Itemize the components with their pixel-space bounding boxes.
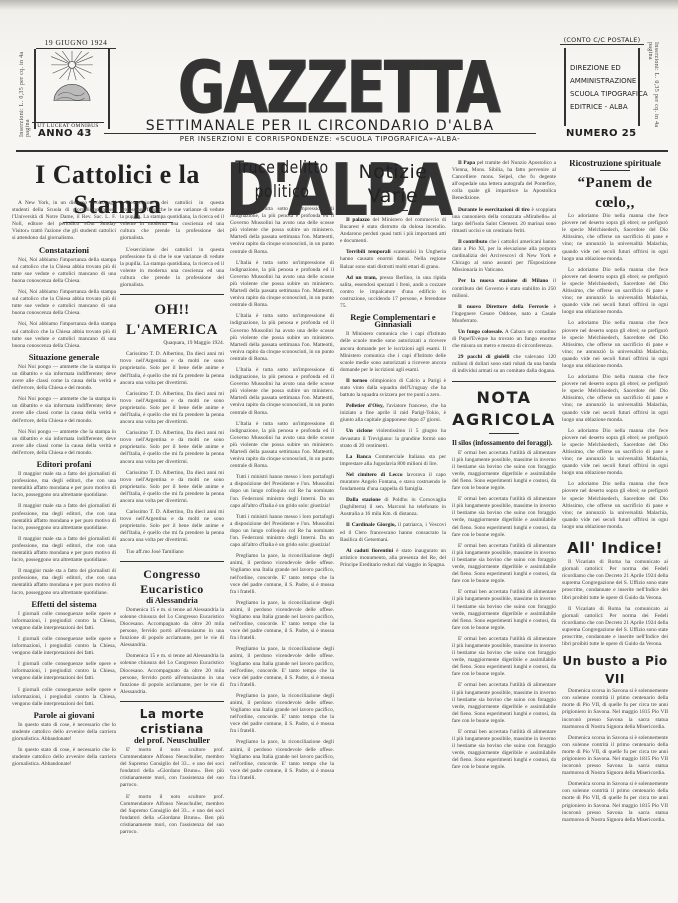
masthead: Inserzioni: L. 0,35 per cq. in 4a pagina… <box>0 0 678 140</box>
section-text: In questo stato di cose, è necessario ch… <box>12 747 116 768</box>
news-item: Un ciclone violentissimo il 5 giugno ha … <box>340 428 446 449</box>
news-item: Durante le esercitazioni di tiro è scopp… <box>452 207 556 235</box>
headline-busto: Un busto a Pio VII <box>562 652 668 688</box>
section-text: I giornali colle conseguenze nelle opere… <box>12 636 116 657</box>
article-text: Il Vicariato di Roma ha comunicato ai gi… <box>562 606 668 649</box>
issue-date: 19 GIUGNO 1924 <box>36 38 116 49</box>
postal-account-note: (CONTO C/C POSTALE) <box>560 36 644 45</box>
article-text: Pregliamo la pace, la riconciliazione de… <box>230 600 334 643</box>
article-text: Tutti i ministri hanno messo i loro port… <box>230 514 334 549</box>
article-text: L'Italia è tutta sotto un'impressione di… <box>230 421 334 471</box>
news-item: Il nuovo Direttore della Ferrovie è l'in… <box>452 304 556 325</box>
news-item: Un fungo colossale. A Cabara un contadin… <box>452 329 556 350</box>
news-item: La Banca Commerciale Italiana sta per im… <box>340 454 446 468</box>
sun-globe-emblem <box>34 49 110 129</box>
section-heading: Effetti del sistema <box>12 601 116 608</box>
section-text: Noi Noi pongo — ammette che la stampa in… <box>12 396 116 424</box>
divider <box>120 701 224 702</box>
section-text: Il maggior male sta a fatto dei giornali… <box>12 568 116 596</box>
section-text: Il maggior male sta a fatto dei giornali… <box>12 536 116 564</box>
article-text: Pregliamo la pace, la riconciliazione de… <box>230 646 334 689</box>
article-continuation: L'esercizione dei cattolici in questa pr… <box>120 200 224 243</box>
section-text: I giornali colle conseguenze nelle opere… <box>12 687 116 708</box>
news-lead: La Banca <box>346 454 371 460</box>
article-text: Lo adoriamo Dio nella manna che fece pio… <box>562 428 668 478</box>
article-text: Domenica 15 e m. si tenne ad Alessandria… <box>120 653 224 696</box>
section-heading: Situazione generale <box>12 354 116 361</box>
letter-text: Carissimo T. D. Albertino, Da dieci anni… <box>120 509 224 544</box>
newspaper-page: Inserzioni: L. 0,35 per cq. in 4a pagina… <box>0 0 678 903</box>
news-item: Il contributo che i cattolici americani … <box>452 239 556 274</box>
news-lead: Il Cardinale Giorgio, <box>346 522 396 528</box>
news-item: Nel cimitero di Lecco lavorava il capo m… <box>340 472 446 493</box>
column-6: Ricostruzione spirituale “Panem de cœlo,… <box>562 160 668 828</box>
letter-text: Carissimo T. D. Albertino, Da dieci anni… <box>120 470 224 505</box>
letter-text: Carissimo T. D. Albertino, Da dieci anni… <box>120 430 224 465</box>
divider <box>452 381 556 382</box>
admin-line: DIREZIONE ED <box>566 62 638 75</box>
news-lead: Durante le esercitazioni di tiro <box>458 207 530 213</box>
section-text: Noi Noi pongo — ammette che la stampa in… <box>12 429 116 457</box>
dateline: Quaquara, 19 Maggio 1924. <box>120 340 224 347</box>
article-text: E' ormai ben accertata l'utilità di alim… <box>452 543 556 586</box>
article-text: L'Italia è tutta sotto un'impressione di… <box>230 313 334 363</box>
news-lead: Ad un tram, <box>346 275 377 281</box>
article-text: E' ormai ben accertata l'utilità di alim… <box>452 636 556 679</box>
headline-notizie: Notizie Varie <box>340 160 446 208</box>
article-text: Lo adoriamo Dio nella manna che fece pio… <box>562 320 668 370</box>
article-text: L'Italia è tutta sotto un'impressione di… <box>230 260 334 310</box>
letter-text: Carissimo T. D. Albertino, Da dieci anni… <box>120 351 224 386</box>
section-text: I giornali colle conseguenze nelle opere… <box>12 661 116 682</box>
article-continuation: L'esercizione dei cattolici in questa pr… <box>120 247 224 290</box>
news-lead: Il Papa <box>458 160 475 166</box>
column-3: Truce delitto politico L'Italia è tutta … <box>230 160 334 786</box>
headline-rule <box>489 433 519 434</box>
article-text: Pregliamo la pace, la riconciliazione de… <box>230 739 334 782</box>
headline-indice: All' Indice! <box>562 537 668 559</box>
news-item: Per la nuova stazione di Milano il contr… <box>452 278 556 299</box>
news-lead: Un ciclone <box>346 428 373 434</box>
subheadline: Il silos (infossamento dei foraggi). <box>452 440 556 447</box>
volume-number: ANNO 43 <box>38 128 92 139</box>
news-text: Il Ministero comunica che i capi d'Istit… <box>340 331 446 351</box>
right-ear: (CONTO C/C POSTALE) DIREZIONE ED AMMINIS… <box>560 36 644 138</box>
news-item: Ad un tram, presso Berlino, in una ripid… <box>340 275 446 310</box>
column-2: L'esercizione dei cattolici in questa pr… <box>120 200 224 840</box>
headline-morte: La morte cristiana <box>120 707 224 737</box>
section-text: Noi, Noi abbiamo l'importanza della stam… <box>12 289 116 317</box>
news-item: Ai caduti fiorentini è stato inaugurato … <box>340 548 446 569</box>
news-item: 29 pacchi di gioielli che valevano 120 m… <box>452 354 556 375</box>
section-heading: Constatazioni <box>12 247 116 254</box>
correspondence-address: PER INSERZIONI E CORRISPONDENZE: «SCUOLA… <box>120 135 520 143</box>
article-text: Lo adoriamo Dio nella manna che fece pio… <box>562 374 668 424</box>
article-text: Lo adoriamo Dio nella manna che fece pio… <box>562 267 668 317</box>
news-item: Terribili temporali scatenatisi in Unghe… <box>340 249 446 270</box>
article-text: L'Italia è tutta sotto un'impressione di… <box>230 206 334 256</box>
news-item: Il Papa pel tramite del Nunzio Apostolic… <box>452 160 556 203</box>
headline-nota-agricola: NOTA AGRICOLA <box>452 387 556 431</box>
news-item: Il Cardinale Giorgio, il patriarca, i Ve… <box>340 522 446 543</box>
news-lead: Il torneo <box>346 378 367 384</box>
newspaper-subtitle: SETTIMANALE PER IL CIRCONDARIO D'ALBA <box>100 118 540 134</box>
article-text: Domenica scorsa in Savona si è solenneme… <box>562 688 668 731</box>
section-text: In questo stato di cose, è necessario ch… <box>12 722 116 743</box>
section-text: Noi Noi pongo — ammette che la stampa in… <box>12 364 116 392</box>
news-lead: Ai caduti fiorentini <box>346 548 393 554</box>
headline-rule <box>378 210 408 211</box>
section-text: I giornali colle conseguenze nelle opere… <box>12 611 116 632</box>
admin-line: AMMINISTRAZIONE <box>566 75 638 88</box>
news-lead: Un fungo colossale. <box>458 329 503 335</box>
admin-line: EDITRICE - ALBA <box>566 101 638 114</box>
news-lead: Il contributo <box>458 239 487 245</box>
article-text: E' morto il noto scultore prof. Commenda… <box>120 747 224 790</box>
article-text: Lo adoriamo Dio nella manna che fece pio… <box>562 481 668 531</box>
admin-line: SCUOLA TIPOGRAFICA <box>566 88 638 101</box>
section-text: Noi, Noi abbiamo l'importanza della stam… <box>12 321 116 349</box>
article-text: E' ormai ben accertata l'utilità di alim… <box>452 729 556 772</box>
article-text: E' ormai ben accertata l'utilità di alim… <box>452 682 556 725</box>
column-1: A New York, in un discorso rivolto agli … <box>12 200 116 772</box>
headline-delitto: Truce delitto politico <box>230 160 334 204</box>
news-item: Pelletier d'Oisy, l'aviatore francese, c… <box>340 403 446 424</box>
article-text: Domenica scorsa in Savona si è solenneme… <box>562 781 668 824</box>
divider <box>120 561 224 562</box>
news-lead: 29 pacchi di gioielli <box>458 354 510 360</box>
subheadline: del prof. Neuschuller <box>120 737 224 744</box>
section-text: Il maggior male sta a fatto dei giornali… <box>12 503 116 531</box>
subheadline: di Alessandria <box>120 597 224 604</box>
article-text: E' ormai ben accertata l'utilità di alim… <box>452 496 556 539</box>
headline-america: OH!! L'AMERICA <box>120 300 224 340</box>
letter-signature: Tuo aff.mo José Tamiliano <box>120 549 224 556</box>
administration-box: DIREZIONE ED AMMINISTRAZIONE SCUOLA TIPO… <box>564 48 640 126</box>
news-lead: Pelletier d'Oisy, <box>346 403 384 409</box>
masthead-rule <box>16 150 668 152</box>
section-text: Noi, Noi abbiamo l'importanza della stam… <box>12 257 116 285</box>
section-text: Il maggior male sta a fatto dei giornali… <box>12 471 116 499</box>
kicker: Ricostruzione spirituale <box>562 160 668 167</box>
article-text: E' morto il noto scultore prof. Commenda… <box>120 794 224 837</box>
news-lead: Terribili temporali <box>346 249 391 255</box>
article-text: Domenica scorsa in Savona si è solenneme… <box>562 735 668 778</box>
article-text: Lo adoriamo Dio nella manna che fece pio… <box>562 213 668 263</box>
article-text: E' ormai ben accertata l'utilità di alim… <box>452 589 556 632</box>
news-item: Il torneo olimpionico di Calcio a Parigi… <box>340 378 446 399</box>
ad-rate-note-right: Inserzioni: L. 0,35 per cq. in 4a pagina <box>647 42 659 137</box>
section-heading: Editori profani <box>12 461 116 468</box>
sun-globe-icon <box>38 51 106 101</box>
news-lead: Nel cimitero di Lecco <box>346 472 403 478</box>
column-5: Il Papa pel tramite del Nunzio Apostolic… <box>452 160 556 776</box>
section-heading: Parole ai giovani <box>12 712 116 719</box>
article-text: Pregliamo la pace, la riconciliazione de… <box>230 553 334 596</box>
issue-number: NUMERO 25 <box>566 128 636 139</box>
headline-panem: “Panem de cœlo,, <box>562 173 668 213</box>
news-lead: Il palazzo <box>346 217 370 223</box>
article-text: Pregliamo la pace, la riconciliazione de… <box>230 693 334 736</box>
divider <box>120 294 224 295</box>
news-lead: Per la nuova stazione di Milano <box>458 278 548 284</box>
news-heading: Regie Complementari e Ginnasiali <box>340 314 446 328</box>
article-text: E' ormai ben accertata l'utilità di alim… <box>452 450 556 493</box>
headline-congresso: Congresso Eucaristico <box>120 567 224 597</box>
subtitle-rule <box>104 133 536 134</box>
article-text: Domenica 15 e m. si tenne ad Alessandria… <box>120 607 224 650</box>
news-lead: Dalla stazione <box>346 497 381 503</box>
headline-rule <box>600 170 630 171</box>
column-4: Notizie Varie Il palazzo del Ministero d… <box>340 160 446 573</box>
news-item: Il Ministero comunica che i capi d'Istit… <box>340 331 446 374</box>
article-text: L'Italia è tutta sotto un'impressione di… <box>230 367 334 417</box>
news-item: Dalla stazione di Poldhu in Cornovaglia … <box>340 497 446 518</box>
news-text: pel tramite del Nunzio Apostolico a Vien… <box>452 160 556 201</box>
news-lead: Il nuovo Direttore della Ferrovie <box>458 304 548 310</box>
article-intro: A New York, in un discorso rivolto agli … <box>12 200 116 243</box>
news-item: Il palazzo del Ministero del commercio d… <box>340 217 446 245</box>
letter-text: Carissimo T. D. Albertino, Da dieci anni… <box>120 391 224 426</box>
article-text: Il Vicariato di Roma ha comunicato ai gi… <box>562 559 668 602</box>
article-text: Tutti i ministri hanno messo i loro port… <box>230 474 334 509</box>
